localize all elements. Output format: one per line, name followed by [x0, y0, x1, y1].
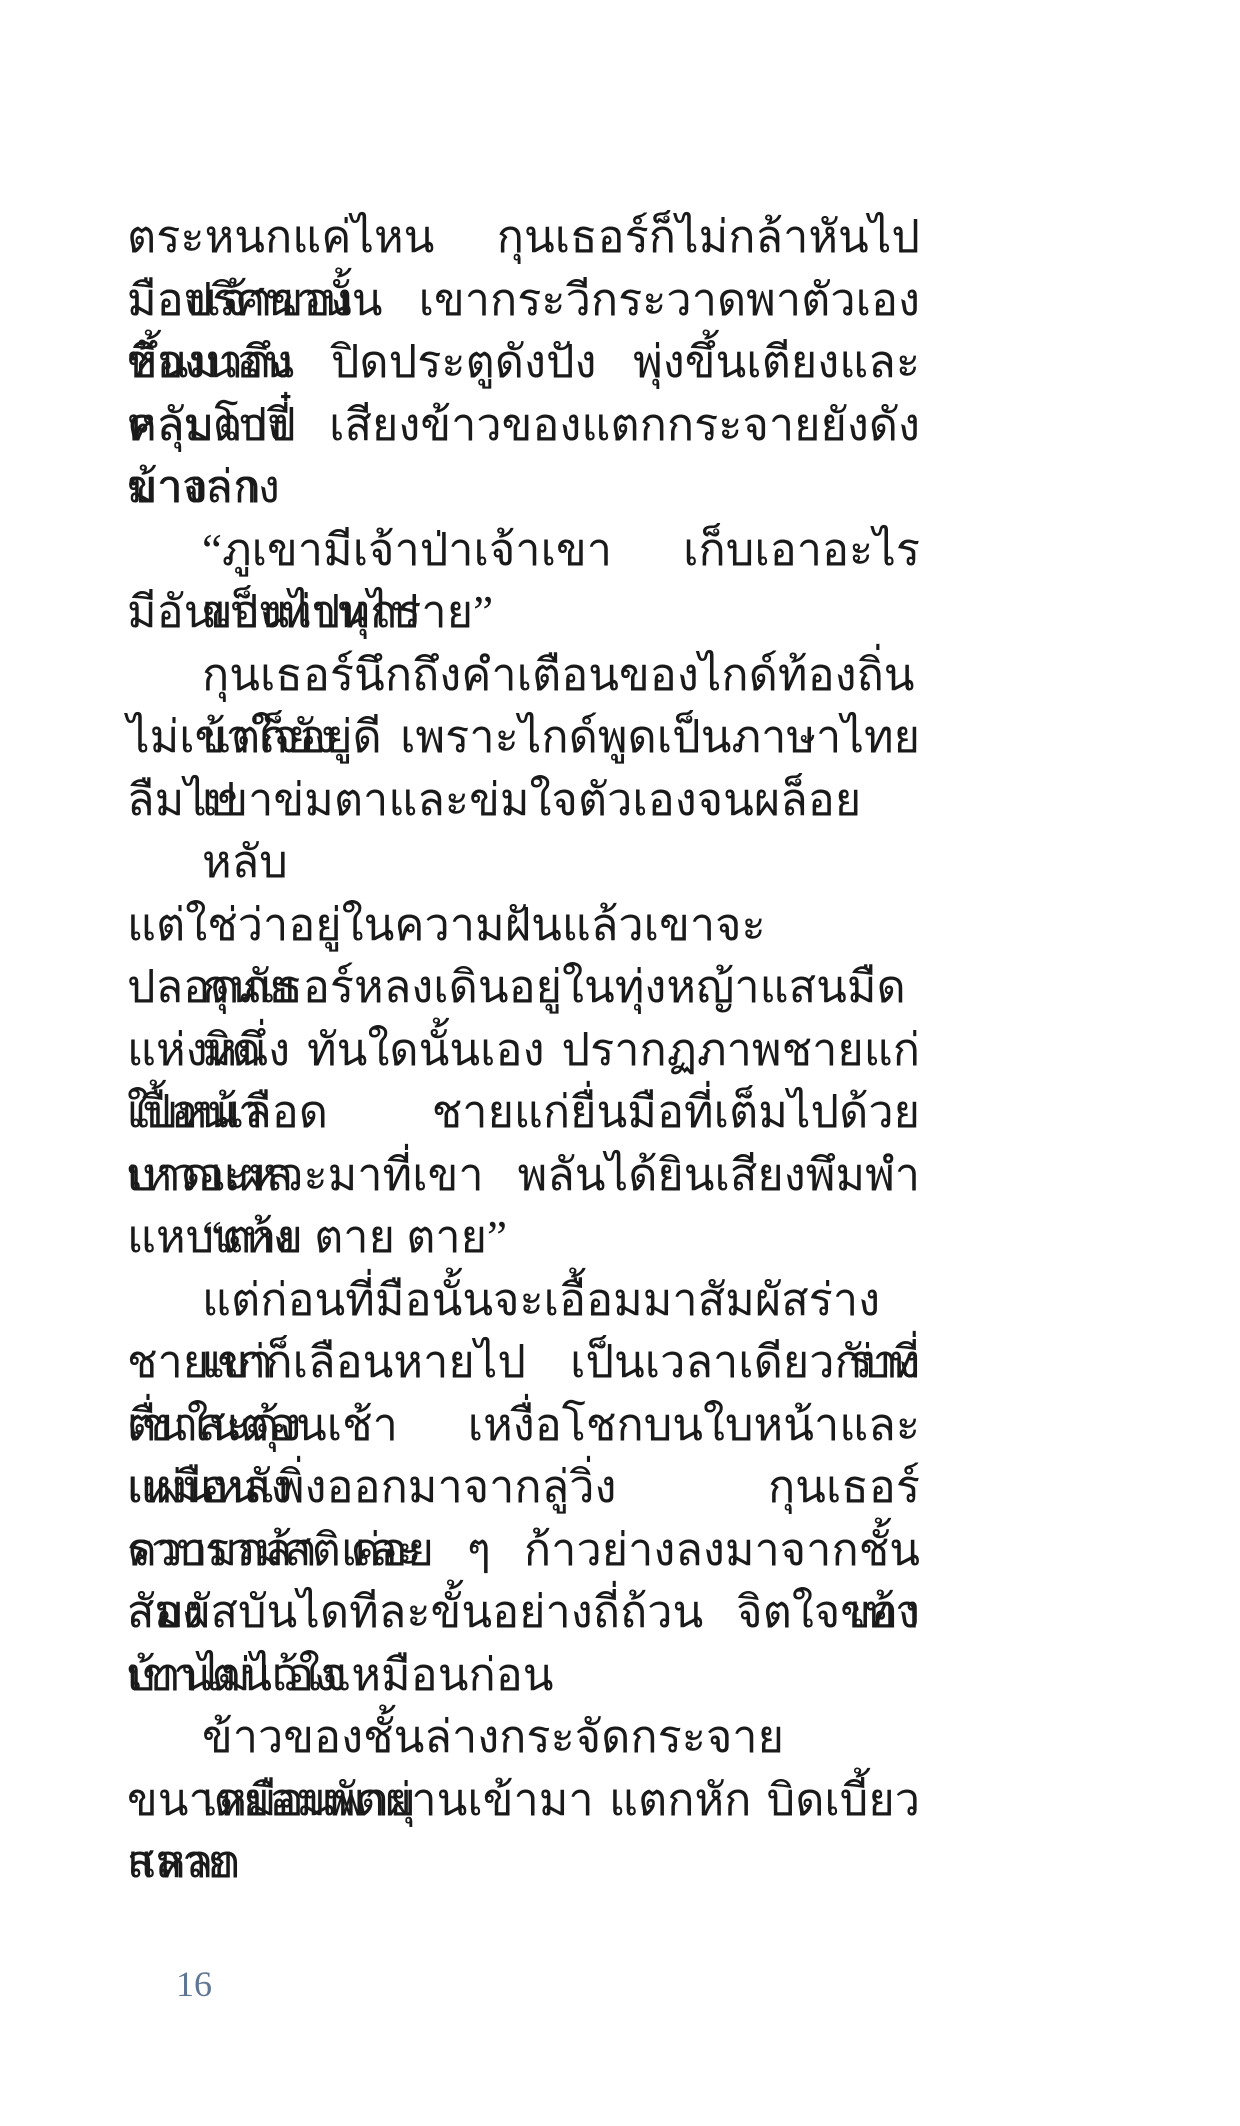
text-line: เหวอะหวะมาที่เขา พลันได้ยินเสียงพึมพำแหบ… — [127, 1144, 920, 1207]
text-line: มีอันเป็นไปทุกราย” — [127, 581, 920, 644]
text-line: เหมือนเพิ่งออกมาจากลู่วิ่ง กุนเธอร์รวบรว… — [127, 1456, 920, 1519]
text-line: เขาข่มตาและข่มใจตัวเองจนผล็อยหลับ — [127, 769, 920, 832]
text-line: แต่ใช่ว่าอยู่ในความฝันแล้วเขาจะปลอดภัย — [127, 894, 920, 957]
text-line: กุนเธอร์หลงเดินอยู่ในทุ่งหญ้าแสนมืดมิด — [127, 956, 920, 1019]
text-line: ห้องนอน ปิดประตูดังปัง พุ่งขึ้นเตียงและค… — [127, 331, 920, 394]
text-line: ไม่เข้าใจอยู่ดี เพราะไกด์พูดเป็นภาษาไทย … — [127, 706, 920, 769]
text-line: ชายแก่ก็เลือนหายไป เป็นเวลาเดียวกับที่เข… — [127, 1331, 920, 1394]
text-line: ข้าวของชั้นล่างกระจัดกระจาย เหมือนพายุ — [127, 1706, 920, 1769]
text-line: ตระหนกแค่ไหน กุนเธอร์ก็ไม่กล้าหันไปมองเจ… — [127, 206, 920, 269]
text-line: ตื่นในตอนเช้า เหงื่อโชกบนใบหน้าและแผ่นหล… — [127, 1394, 920, 1457]
text-line: ข้างล่าง — [127, 456, 920, 519]
text-line: ขนาดย่อมพัดผ่านเข้ามา แตกหัก บิดเบี้ยว แ… — [127, 1769, 920, 1832]
text-line: ความกล้า ค่อย ๆ ก้าวย่างลงมาจากชั้นสอง เ… — [127, 1519, 920, 1582]
text-line: สลาย — [127, 1831, 920, 1894]
text-line: “ภูเขามีเจ้าป่าเจ้าเขา เก็บเอาอะไรของท่า… — [127, 519, 920, 582]
text-line: บ้านตนเองเหมือนก่อน — [127, 1644, 920, 1707]
page-number: 16 — [176, 1966, 212, 2002]
text-line: มือปริศนานั้น เขากระวีกระวาดพาตัวเองขึ้น… — [127, 269, 920, 332]
text-line: เปื้อนเลือด ชายแก่ยื่นมือที่เต็มไปด้วยบา… — [127, 1081, 920, 1144]
text-line: หลับตาปี๋ เสียงข้าวของแตกกระจายยังดังมาจ… — [127, 394, 920, 457]
book-page: ตระหนกแค่ไหน กุนเธอร์ก็ไม่กล้าหันไปมองเจ… — [0, 0, 1240, 2126]
text-line: สัมผัสบันไดทีละขั้นอย่างถี่ถ้วน จิตใจของ… — [127, 1581, 920, 1644]
text-line: แต่ก่อนที่มือนั้นจะเอื้อมมาสัมผัสร่างเขา… — [127, 1269, 920, 1332]
text-line: “ตาย ตาย ตาย” — [127, 1206, 920, 1269]
text-line: แห่งหนึ่ง ทันใดนั้นเอง ปรากฏภาพชายแก่ใบห… — [127, 1019, 920, 1082]
text-line: กุนเธอร์นึกถึงคำเตือนของไกด์ท้องถิ่น แต่… — [127, 644, 920, 707]
text-block: ตระหนกแค่ไหน กุนเธอร์ก็ไม่กล้าหันไปมองเจ… — [127, 206, 920, 1894]
